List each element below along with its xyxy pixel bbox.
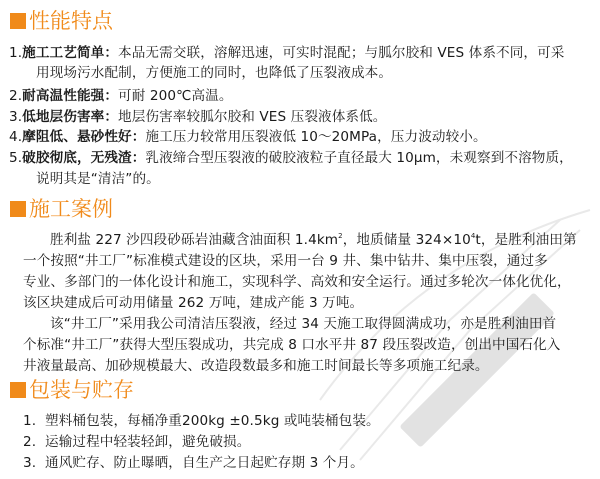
packaging-item-2: 2. 运输过程中轻装轻卸，避免破损。 bbox=[23, 433, 250, 452]
item-number: 4. bbox=[9, 129, 22, 145]
case-paragraph-2-line-3: 井液量最高、加砂规模最大、改造段数最多和施工时间最长等多项施工纪录。 bbox=[23, 357, 489, 376]
feature-item-5-cont: 说明其是“清洁”的。 bbox=[36, 170, 160, 189]
text: ，地质储量 324×10 bbox=[343, 232, 471, 248]
item-number: 2. bbox=[23, 434, 36, 450]
orange-square-icon bbox=[10, 382, 26, 398]
text: t，是胜利油田第 bbox=[475, 232, 576, 248]
orange-square-icon bbox=[10, 201, 26, 217]
feature-item-2: 2.耐高温性能强：可耐 200℃高温。 bbox=[9, 87, 233, 106]
case-paragraph-2-line-2: 个标准“井工厂”获得大型压裂成功，共完成 8 口水平井 87 段压裂改造，创出中… bbox=[23, 336, 561, 355]
item-text: 施工压力较常用压裂液低 10～20MPa，压力波动较小。 bbox=[145, 129, 486, 145]
case-paragraph-1-line-1: 胜利盐 227 沙四段砂砾岩油藏含油面积 1.4km2，地质储量 324×104… bbox=[50, 231, 577, 250]
packaging-item-1: 1. 塑料桶包装，每桶净重200kg ±0.5kg 或吨装桶包装。 bbox=[23, 412, 380, 431]
item-number: 1. bbox=[9, 45, 22, 61]
feature-item-3: 3.低地层伤害率：地层伤害率较胍尔胶和 VES 压裂液体系低。 bbox=[9, 108, 386, 127]
section-title-text: 性能特点 bbox=[29, 9, 113, 33]
item-number: 3. bbox=[9, 109, 22, 125]
section-title-cases: 施工案例 bbox=[10, 196, 113, 222]
item-text: 用现场污水配制，方便施工的同时，也降低了压裂液成本。 bbox=[36, 65, 392, 81]
packaging-item-3: 3. 通风贮存、防止曝晒，自生产之日起贮存期 3 个月。 bbox=[23, 454, 364, 473]
item-text: 乳液缔合型压裂液的破胶液粒子直径最大 10μm，未观察到不溶物质， bbox=[145, 150, 572, 166]
item-text: 可耐 200℃高温。 bbox=[118, 88, 233, 104]
section-title-text: 施工案例 bbox=[29, 197, 113, 221]
item-label: 摩阻低、悬砂性好： bbox=[22, 129, 145, 145]
text: 胜利盐 227 沙四段砂砾岩油藏含油面积 1.4km bbox=[50, 232, 338, 248]
item-text: 运输过程中轻装轻卸，避免破损。 bbox=[45, 434, 250, 450]
item-label: 施工工艺简单： bbox=[22, 45, 118, 61]
feature-item-5: 5.破胶彻底，无残渣：乳液缔合型压裂液的破胶液粒子直径最大 10μm，未观察到不… bbox=[9, 149, 573, 168]
item-label: 破胶彻底，无残渣： bbox=[22, 150, 145, 166]
case-paragraph-2-line-1: 该“井工厂”采用我公司清洁压裂液，经过 34 天施工取得圆满成功，亦是胜利油田首 bbox=[50, 315, 556, 334]
item-text: 本品无需交联，溶解迅速，可实时混配；与胍尔胶和 VES 体系不同，可采 bbox=[118, 45, 564, 61]
case-paragraph-1-line-4: 该区块建成后可动用储量 262 万吨，建成产能 3 万吨。 bbox=[23, 294, 363, 313]
item-text: 地层伤害率较胍尔胶和 VES 压裂液体系低。 bbox=[118, 109, 386, 125]
section-title-text: 包装与贮存 bbox=[29, 378, 134, 402]
item-number: 1. bbox=[23, 413, 36, 429]
item-text: 通风贮存、防止曝晒，自生产之日起贮存期 3 个月。 bbox=[45, 455, 364, 471]
feature-item-1-cont: 用现场污水配制，方便施工的同时，也降低了压裂液成本。 bbox=[36, 64, 392, 83]
item-number: 2. bbox=[9, 88, 22, 104]
case-paragraph-1-line-2: 一个按照“井工厂”标准模式建设的区块，采用一台 9 井、集中钻井、集中压裂，通过… bbox=[23, 252, 548, 271]
section-title-packaging: 包装与贮存 bbox=[10, 377, 134, 403]
case-paragraph-1-line-3: 专业、多部门的一体化设计和施工，实现科学、高效和安全运行。通过多轮次一体化优化， bbox=[23, 273, 571, 292]
item-text: 塑料桶包装，每桶净重200kg ±0.5kg 或吨装桶包装。 bbox=[45, 413, 380, 429]
item-label: 耐高温性能强： bbox=[22, 88, 118, 104]
item-text: 说明其是“清洁”的。 bbox=[36, 171, 160, 187]
feature-item-1: 1.施工工艺简单：本品无需交联，溶解迅速，可实时混配；与胍尔胶和 VES 体系不… bbox=[9, 44, 565, 63]
section-title-features: 性能特点 bbox=[10, 8, 113, 34]
orange-square-icon bbox=[10, 13, 26, 29]
item-number: 5. bbox=[9, 150, 22, 166]
item-label: 低地层伤害率： bbox=[22, 109, 118, 125]
feature-item-4: 4.摩阻低、悬砂性好：施工压力较常用压裂液低 10～20MPa，压力波动较小。 bbox=[9, 128, 487, 147]
item-number: 3. bbox=[23, 455, 36, 471]
